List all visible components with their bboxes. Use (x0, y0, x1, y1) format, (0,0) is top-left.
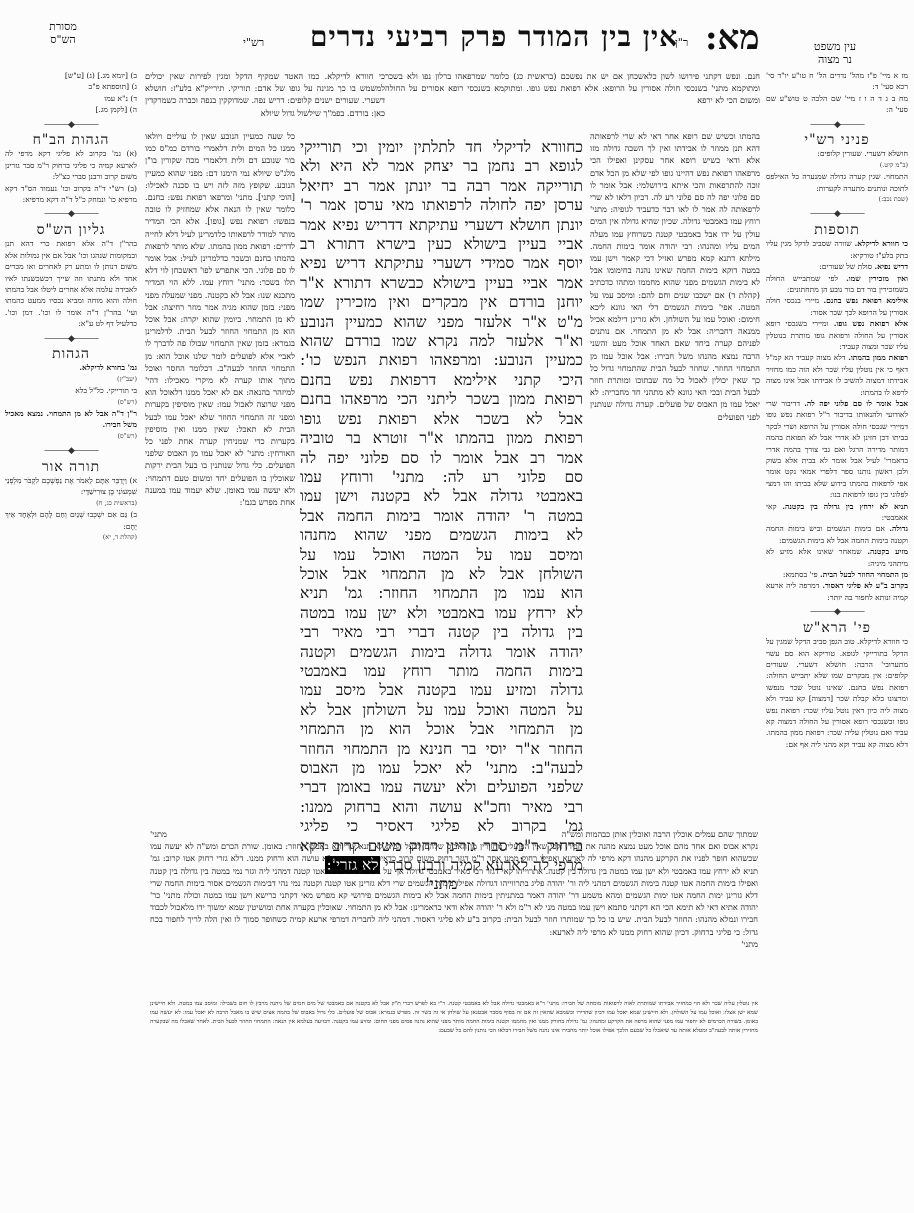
tosafot-entry: רפואת ממון בהמתו. דלא מצוה קעביד הא קמ"ל… (766, 352, 908, 398)
hagahot-habach-title: הגהות הב"ח (5, 135, 137, 146)
tosafot-entry: אילימא רפואת נפש בחנם. מיירי בנכסי חולה … (766, 295, 908, 318)
hagahot-habach-text-1: (א) גמ' בקרוב לא פליגי דקא מרפי לה לארעא… (5, 148, 137, 182)
gemara-line: לבעה"ב: מתני' לא יאכל עמו מן האבוס (300, 759, 583, 778)
source-ref: (ב"מ קיט.) (766, 160, 908, 171)
dibur-hamatchil: אלא רפואת נפש גופו. (834, 319, 908, 328)
tosafot-entry: גדולה. אם בימות הגשמים וביש בימות החמה ו… (766, 523, 908, 546)
tosafot-text: דדיבור שרי לאודועי ולהנאותו בדיבור ר"ל ר… (766, 399, 908, 499)
gemara-line: ערסן יפה לחולה לרפואתו מאי ערסן אמר ר' (300, 196, 583, 215)
heading-line: נר מצוה (800, 53, 870, 66)
dibur-hamatchil: תניא לא ירחץ בין גדולה בין בקטנה. (782, 502, 908, 511)
dibur-hamatchil: כי חוורא לדיקלא. (855, 239, 908, 248)
gemara-line: לגופא רב נחמן בר יצחק אמר לא היא ולא (300, 157, 583, 176)
gemara-line: לא ירחץ עמו באמבטי ולא ישן עמו במטה (300, 604, 583, 623)
tosafot-entry: כי חוורא לדיקלא. שוורה שסביב לדקל מגין ע… (766, 238, 908, 261)
torah-or-verse-2: ב) גַּם אִם יִשְׁכְּבוּ שְׁנַיִם וְחַם ל… (5, 509, 137, 532)
tosafot-text: פי' בסתמא: (783, 570, 818, 579)
torah-or-title: תורה אור (5, 462, 137, 473)
gemara-line: מן התמחוי אבל אוכל הוא מן התמחוי (300, 720, 583, 739)
dibur-hamatchil: מזיע בקטנה. (867, 547, 908, 556)
rashi-column: כל שעה כמעיין הנובע שאין לו עוליים ויולא… (145, 130, 295, 508)
gemara-line: כמעיין הנובע: ומרפאהו רפואת הנפש כו': (300, 351, 583, 370)
masoret-ref: ה) [לקמן מג.] (5, 104, 137, 115)
hagahot-item: ר"ן ד"ה אבל לא מן התמחוי. נמצא מאכיל משל… (5, 408, 137, 442)
tosafot-text: אם בימות הגשמים וביש בימות החמה וקטנה בי… (766, 524, 908, 544)
gemara-line: יהודה אומר גדולה בימות הגשמים וקטנה (300, 643, 583, 662)
source-ref: (קהלת ד, יא) (5, 532, 137, 543)
tosafot-entry: ואין מזכירין שמו. לפי שמתבייש החולה בשמז… (766, 273, 908, 296)
ornamental-divider (5, 120, 137, 131)
gilyon-hashas-title: גליון הש"ס (5, 225, 137, 236)
bottom-ran-block: שמתוך שהם עמלים אוכלין הרבה ואוכלין אותן… (150, 828, 758, 950)
gemara-line: יוחנן בורדם אין מבקרים ואין מזכירין שמו (300, 293, 583, 312)
tosafot-text: סולת של שעורים: (819, 262, 872, 271)
tosafot-entry: תניא לא ירחץ בין גדולה בין בקטנה. קאי אא… (766, 501, 908, 524)
gemara-line: השולחן אבל לא מן התמחוי אבל אוכל (300, 565, 583, 584)
masoret-hashas-heading: מסורת הש"ס (28, 20, 98, 46)
mishnah-marker: מתני' (150, 938, 758, 950)
gemara-line: רבי מאיר וחכ"א עושה והוא ברחוק ממנו: (300, 798, 583, 817)
gemara-line: רפואת ממון בהמתו א"ר זוטרא בר טוביה (300, 429, 583, 448)
masoret-ref: ב) [יומא מג.] (ג) [ע"ש] (5, 70, 137, 81)
ran-top-block: חנם. ונפש דקתני פירושו לשון כלאשכחן אם י… (385, 70, 760, 107)
masoret-ref: ג) [תוספתא פ"ב (5, 81, 137, 92)
gemara-line: מ"ט א"ר אלעזר מפני שהוא כמעיין הנובע (300, 313, 583, 332)
gemara-line: אמר רב אבל אומר לו סם פלוני יפה לה (300, 449, 583, 468)
hagahot-item: בי תורייקי. כל"ל בלא(רש"ס) (5, 385, 137, 408)
rashi-top-block: כי חוורא לדיקלא. כמו האטד שמקיף הדקל ומג… (145, 70, 385, 119)
masoret-ref: ד) נ"א עמו (5, 93, 137, 104)
bottom-rashi-block: אין נוטלין עליה שכר ולא הוי כמחזיר אבידת… (150, 1000, 758, 1036)
tosafot-entry: בקרוב ב"ע לא פליגי דאסור. דמרפה ליה ארעא… (766, 580, 908, 603)
torah-or-verse-1: א) וַיְדַבֵּר אִתָּם לֵאמֹר אֶת נַפְשְׁכ… (5, 475, 137, 498)
gemara-line: החוזר א"ר יוסי בר חנינא מן התמחוי החוזר (300, 740, 583, 759)
tosafot-entry: דריש נפיא. סולת של שעורים: (766, 261, 908, 272)
text-line: שמתוך שהם עמלים אוכלין הרבה ואוכלין אותן… (562, 828, 758, 840)
source-ref: (בראשית כג, ח) (5, 498, 137, 509)
source-ref: (יעב"ץ) (5, 374, 137, 385)
gemara-line: על המטה ואוכל עמו על השולחן אבל לא (300, 701, 583, 720)
heading-line: עין משפט (800, 40, 870, 53)
masoret-hashas: ב) [יומא מג.] (ג) [ע"ש] ג) [תוספתא פ"ב ד… (5, 70, 137, 116)
dibur-hamatchil: אבל אומר לו סם פלוני יפה לה. (804, 399, 908, 408)
hagahot-text: ר"ן ד"ה אבל לא מן התמחוי. נמצא מאכיל משל… (5, 409, 137, 429)
gemara-line: באמבטי גדולה אבל לא בקטנה וישן עמו (300, 487, 583, 506)
dibur-hamatchil: ואין מזכירין שמו. (846, 274, 908, 283)
gemara-line: רפואת ממון בשכר ליתני הכי מרפאהו בחנם (300, 390, 583, 409)
dibur-hamatchil: דריש נפיא. (874, 262, 908, 271)
hagahot-habach-text-2: (ב) רש"י ד"ה בקרוב וכו' נעמוד הס"ד דקא מ… (5, 183, 137, 206)
dibur-hamatchil: גדולה. (889, 524, 908, 533)
gemara-line: לא בימות הגשמים מפני שהוא מחנהו (300, 526, 583, 545)
gemara-lines: כחוורא לדיקלי חד לתלתין יומין וכי תורייק… (300, 138, 583, 856)
gemara-line: במטה ר' יהודה אומר בימות החמה אבל (300, 507, 583, 526)
ran-label: ר"ן (675, 36, 688, 49)
gemara-line: היכי קתני אילימא דרפואת נפש בחנם (300, 371, 583, 390)
source-ref: (שבת נכב:) (766, 194, 908, 205)
bottom-ran-text: נקרא אבוס ואם אחד מהם אוכל מעט נמצא מהנה… (150, 840, 758, 938)
ornamental-divider (766, 607, 908, 618)
gemara-line: יוסף אמר סמידי דשערי עתיקתא דריש נפיא (300, 254, 583, 273)
ornamental-divider (5, 446, 137, 457)
ein-mishpat-entry: מח ב ג ד ה ו ז מיי' שם הלכה ט טוש"ע שם ס… (766, 93, 908, 116)
pninei-rashi-item: חושלא דשערי. שעורין קלופים: (766, 148, 908, 159)
pninei-rashi-title: פניני רש"י (766, 135, 908, 146)
tosafot-entry: מזיע בקטנה. שמאחר שאינו אלא מזיע לא מיתה… (766, 546, 908, 569)
dibur-hamatchil: אילימא רפואת נפש בחנם. (823, 296, 908, 305)
daf-number: מא: (705, 18, 760, 58)
gemara-line: גדולה ומזיע עמו בקטנה אבל מיסב עמו (300, 681, 583, 700)
heading-line: מסורת (28, 20, 98, 33)
tosafot-entry: אלא רפואת נפש גופו. ומיירי בשנכסי רופא א… (766, 318, 908, 352)
ornamental-divider (5, 209, 137, 220)
ein-mishpat-heading: עין משפט נר מצוה (800, 40, 870, 66)
gemara-line: אביי בעיין בישולא כעין בישרא דתורא רב (300, 235, 583, 254)
gemara-line: ומיסב עמו על המטה ואוכל עמו על (300, 546, 583, 565)
hagahot-title: הגהות (5, 349, 137, 360)
tosafot-title: תוספות (766, 225, 908, 236)
dibur-hamatchil: בקרוב ב"ע לא פליגי דאסור. (822, 581, 908, 590)
gemara-line: סם פלוני רע לה: מתני' ורוחץ עמו (300, 468, 583, 487)
pirush-harosh-title: פי' הרא"ש (766, 623, 908, 634)
gemara-line: אמר אביי בעיין בישולא כבשרא דתורא א"ר (300, 274, 583, 293)
ein-mishpat-entry: מז א מיי' פ"ז מהל' נדרים הל' ח טו"ע יו"ד… (766, 70, 908, 93)
tosafot-entry: מן התמחוי החוזר לבעל הבית. פי' בסתמא: (766, 569, 908, 580)
ornamental-divider (766, 120, 908, 131)
hagahot-text: גמ' בחורא לדיקלא. (79, 363, 137, 372)
gemara-text: כחוורא לדיקלי חד לתלתין יומין וכי תורייק… (300, 138, 583, 895)
tractate-title: אין בין המודר פרק רביעי נדרים (310, 20, 678, 54)
pirush-harosh-text: כי חוורא לדיקלא. טוב הגפן סביב הדקל שמגי… (766, 636, 908, 750)
source-ref: (רש"ס) (5, 397, 137, 408)
gemara-line: שלפני הפועלים ולא יעשה עמו באומן דברי (300, 778, 583, 797)
ornamental-divider (766, 209, 908, 220)
left-margin-column: ב) [יומא מג.] (ג) [ע"ש] ג) [תוספתא פ"ב ד… (5, 70, 137, 543)
gemara-line: כחוורא לדיקלי חד לתלתין יומין וכי תורייק… (300, 138, 583, 157)
gemara-line: יונתן חושלא דשערי עתיקתא דדריש נפיא אמר (300, 216, 583, 235)
mishnah-marker: מתני' (150, 828, 167, 840)
dibur-hamatchil: רפואת ממון בהמתו. (848, 353, 908, 362)
source-ref: (רש"ס) (5, 431, 137, 442)
tosafot-entry: אבל אומר לו סם פלוני יפה לה. דדיבור שרי … (766, 398, 908, 501)
tosafot-entries: כי חוורא לדיקלא. שוורה שסביב לדקל מגין ע… (766, 238, 908, 603)
gemara-line: תורייקה אמר רבה בר יונתן אמר רב יחיאל (300, 177, 583, 196)
rashi-label: רש"י (243, 36, 264, 49)
ran-column: בהמתו וכשיש שם רופא אחר דאי לא שרי לרפאו… (590, 130, 760, 423)
gemara-line: וא"ר אלעזר למה נקרא שמו בורדם שהוא (300, 332, 583, 351)
gemara-line: הוא עמו מן התמחוי החוזר: גמ' תניא (300, 584, 583, 603)
ornamental-divider (5, 334, 137, 345)
right-margin-column: מז א מיי' פ"ז מהל' נדרים הל' ח טו"ע יו"ד… (766, 70, 908, 750)
pninei-rashi-item: התמחוי. שגין קערה גדולה שמנערה כל האילפס… (766, 171, 908, 194)
gilyon-hashas-text: בהר"ן ד"ה אלא רפואת כרי דהא תנן ובמקומות… (5, 238, 137, 329)
hagahot-text: בי תורייקי. כל"ל בלא (75, 386, 137, 395)
bottom-ran-top-line: שמתוך שהם עמלים אוכלין הרבה ואוכלין אותן… (150, 828, 758, 840)
gemara-line: בין גדולה בין קטנה דברי רבי מאיר רבי (300, 623, 583, 642)
gemara-line: בימות החמה מותר רוחץ עמו באמבטי (300, 662, 583, 681)
hagahot-item: גמ' בחורא לדיקלא.(יעב"ץ) (5, 362, 137, 385)
heading-line: הש"ס (28, 33, 98, 46)
gemara-line: אבל לא בשכר אלא רפואת נפש גופו (300, 410, 583, 429)
dibur-hamatchil: מן התמחוי החוזר לבעל הבית. (820, 570, 908, 579)
